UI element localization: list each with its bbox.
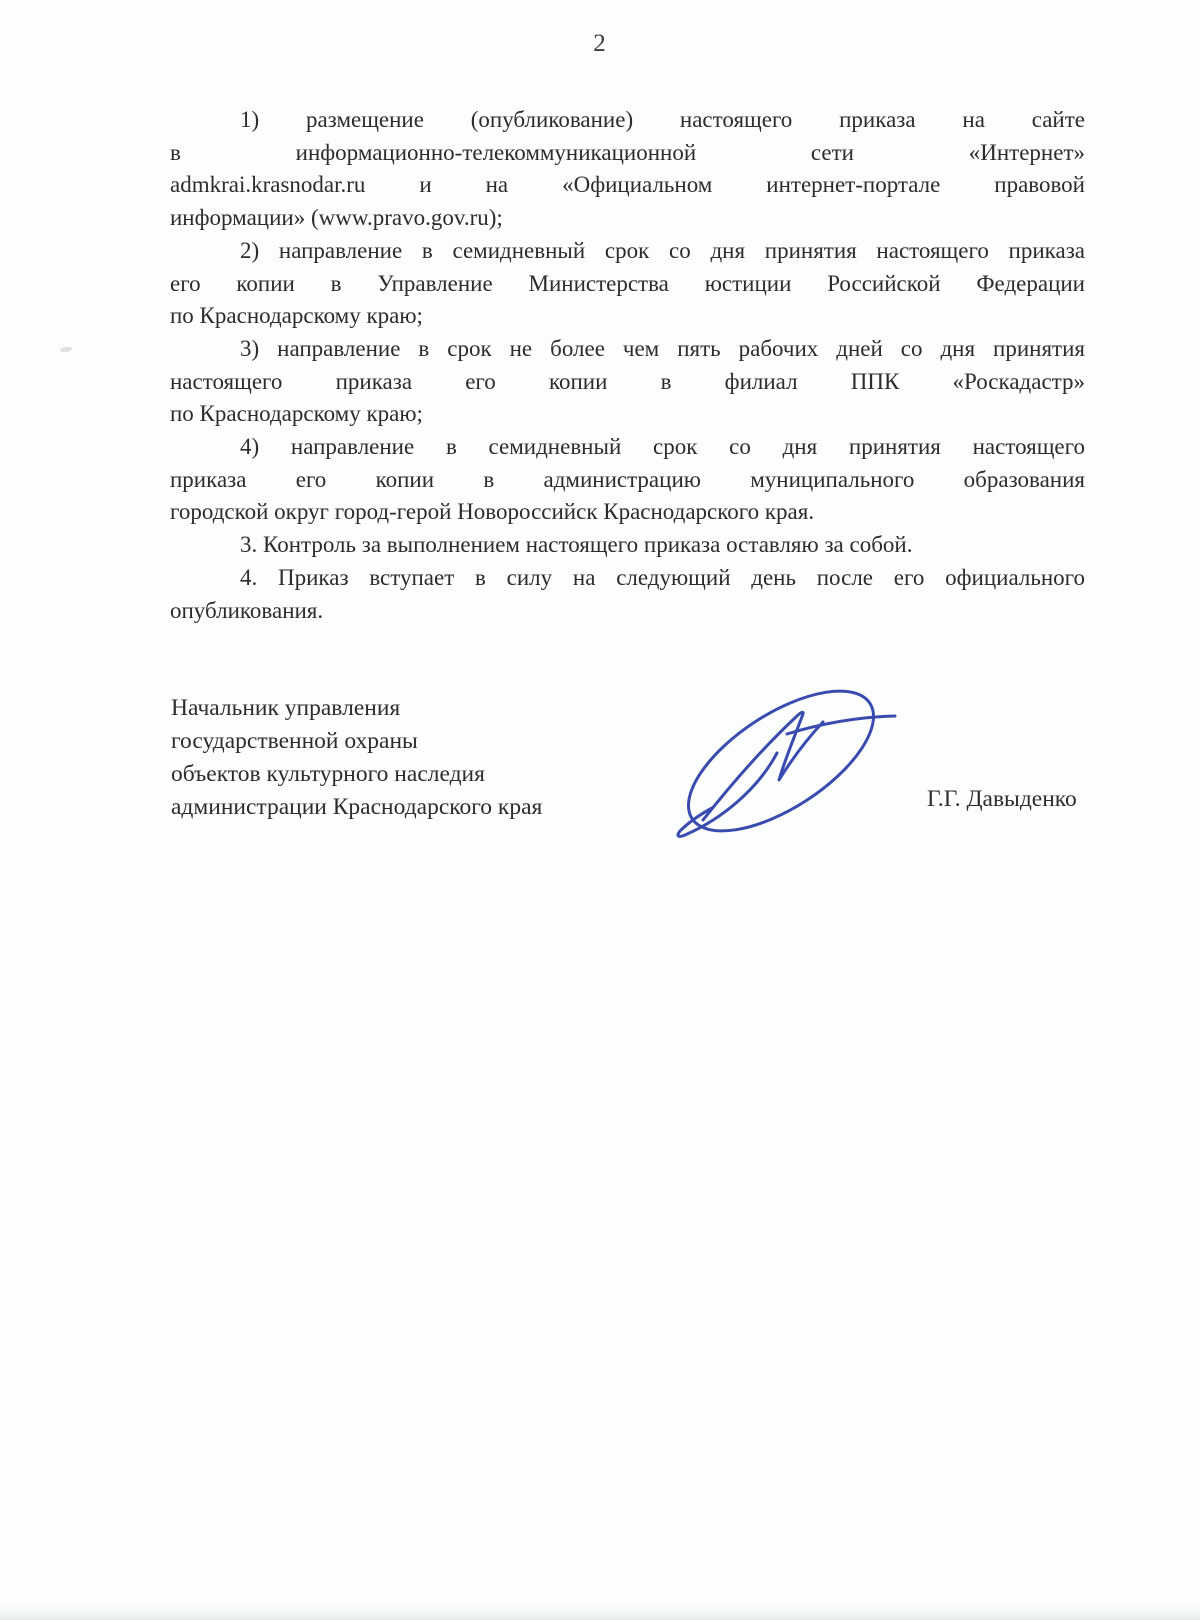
text-line: городской округ город-герой Новороссийск… [170, 496, 1085, 529]
text-line: его копии в Управление Министерства юсти… [170, 268, 1085, 301]
signature-block: Начальник управления государственной охр… [171, 692, 691, 824]
signer-position-line: Начальник управления [171, 692, 691, 725]
text-line: информации» (www.pravo.gov.ru); [170, 202, 1085, 235]
text-line: 4. Приказ вступает в силу на следующий д… [170, 562, 1085, 595]
page-number: 2 [0, 30, 1200, 58]
text-line: admkrai.krasnodar.ru и на «Официальном и… [170, 169, 1085, 202]
signer-name: Г.Г. Давыденко [927, 786, 1077, 813]
paragraph: 1) размещение (опубликование) настоящего… [170, 104, 1085, 235]
signer-position-line: государственной охраны [171, 725, 691, 758]
bottom-scan-artifact [0, 1604, 1200, 1620]
paragraph: 4) направление в семидневный срок со дня… [170, 431, 1085, 529]
text-line: приказа его копии в администрацию муници… [170, 464, 1085, 497]
scan-speck [60, 346, 73, 353]
text-line: 4) направление в семидневный срок со дня… [170, 431, 1085, 464]
text-line: настоящего приказа его копии в филиал ПП… [170, 366, 1085, 399]
text-line: по Краснодарскому краю; [170, 300, 1085, 333]
text-line: по Краснодарскому краю; [170, 398, 1085, 431]
document-page: 2 1) размещение (опубликование) настояще… [0, 0, 1200, 1620]
text-line: 2) направление в семидневный срок со дня… [170, 235, 1085, 268]
text-line: 3. Контроль за выполнением настоящего пр… [170, 529, 1085, 562]
signer-position-line: объектов культурного наследия [171, 758, 691, 791]
paragraph: 3. Контроль за выполнением настоящего пр… [170, 529, 1085, 562]
order-body-text: 1) размещение (опубликование) настоящего… [170, 104, 1085, 627]
text-line: опубликования. [170, 595, 1085, 628]
text-line: в информационно-телекоммуникационной сет… [170, 137, 1085, 170]
text-line: 1) размещение (опубликование) настоящего… [170, 104, 1085, 137]
paragraph: 2) направление в семидневный срок со дня… [170, 235, 1085, 333]
signer-position-line: администрации Краснодарского края [171, 791, 691, 824]
paragraph: 3) направление в срок не более чем пять … [170, 333, 1085, 431]
text-line: 3) направление в срок не более чем пять … [170, 333, 1085, 366]
handwritten-signature-icon [615, 650, 905, 855]
paragraph: 4. Приказ вступает в силу на следующий д… [170, 562, 1085, 627]
